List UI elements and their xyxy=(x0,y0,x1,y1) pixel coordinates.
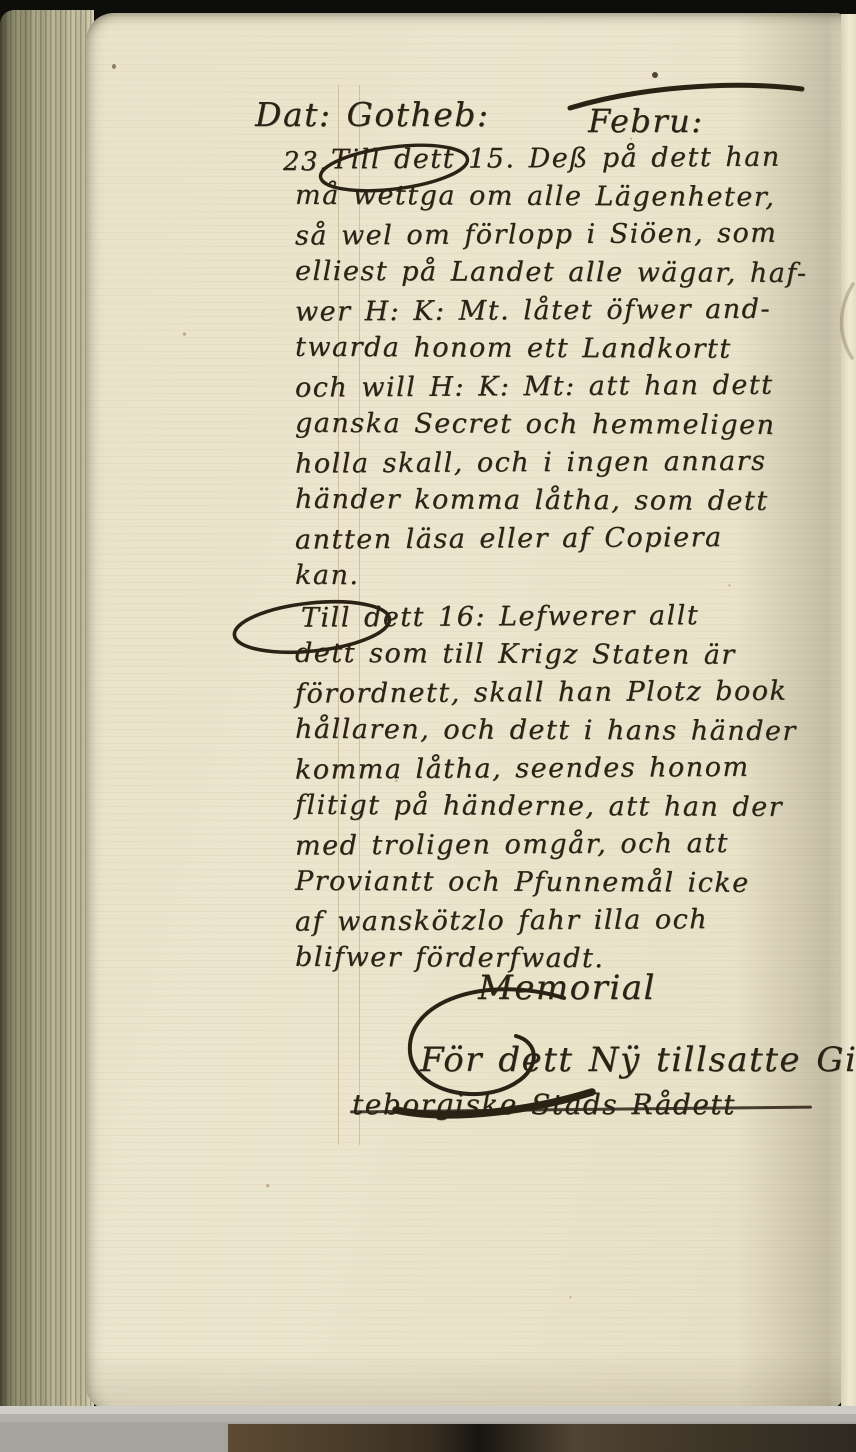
manuscript-paragraph: Till dett 15. Deß på dett han må wettga … xyxy=(295,143,835,599)
manuscript-line: Proviantt och Pfunnemål icke xyxy=(295,866,835,906)
manuscript-line: antten läsa eller af Copiera xyxy=(295,521,835,562)
ink-speck xyxy=(112,64,116,69)
manuscript-line: dett som till Krigz Staten är xyxy=(295,638,835,678)
heading-month: Febru: xyxy=(588,102,704,140)
manuscript-line: Till dett 15. Deß på dett han xyxy=(295,141,835,182)
closing-line: teborgiske Stads Rådett xyxy=(352,1088,736,1121)
manuscript-line: med troligen omgår, och att xyxy=(295,827,835,868)
next-page-edge xyxy=(841,14,856,1440)
heading-place-date: Dat: Gotheb: xyxy=(255,95,490,134)
manuscript-line: ganska Secret och hemmeligen xyxy=(295,408,835,448)
manuscript-line: Till dett 16: Lefwerer allt xyxy=(295,599,835,640)
manuscript-line: förordnett, skall han Plotz book xyxy=(295,675,835,716)
binding-shadow-bar xyxy=(228,1424,856,1452)
manuscript-line: af wanskötzlo fahr illa och xyxy=(295,903,835,944)
table-below-book xyxy=(0,1406,856,1452)
manuscript-line: och will H: K: Mt: att han dett xyxy=(295,369,835,410)
manuscript-line: twarda honom ett Landkortt xyxy=(295,332,835,372)
manuscript-line: flitigt på händerne, att han der xyxy=(295,790,835,830)
ink-speck xyxy=(652,72,658,78)
book-fore-edge-pages xyxy=(0,10,94,1446)
manuscript-paragraph: Till dett 16: Lefwerer allt dett som til… xyxy=(295,601,835,981)
manuscript-line: komma låtha, seendes honom xyxy=(295,751,835,792)
manuscript-line: elliest på Landet alle wägar, haf- xyxy=(295,256,835,296)
manuscript-line: så wel om förlopp i Siöen, som xyxy=(295,217,835,258)
manuscript-line: händer komma låtha, som dett xyxy=(295,484,835,524)
memorial-title: Memorial xyxy=(478,968,656,1008)
manuscript-line: kan. xyxy=(295,560,835,600)
manuscript-line: hållaren, och dett i hans händer xyxy=(295,714,835,754)
closing-line: För dett Nÿ tillsatte Giöte xyxy=(420,1040,856,1080)
manuscript-photo: Dat: Gotheb: Febru: 23. Till dett 15. De… xyxy=(0,0,856,1452)
manuscript-line: wer H: K: Mt. låtet öfwer and- xyxy=(295,293,835,334)
manuscript-line: holla skall, och i ingen annars xyxy=(295,445,835,486)
manuscript-line: må wettga om alle Lägenheter, xyxy=(295,180,835,220)
